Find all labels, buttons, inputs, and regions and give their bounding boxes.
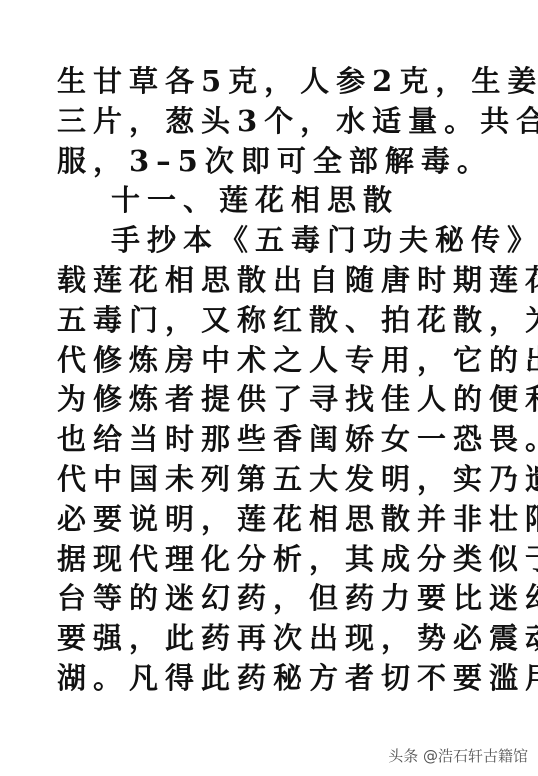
text-line: 三片，葱头3个，水适量。共合煎	[57, 102, 467, 142]
text-line: 必要说明，莲花相思散并非壮阳药。	[57, 500, 467, 540]
document-page: 生甘草各5克，人参2克，生姜片 三片，葱头3个，水适量。共合煎 服，3–5次即可…	[57, 62, 467, 699]
watermark: 头条 @浩石轩古籍馆	[388, 745, 528, 766]
text-line: 为修炼者提供了寻找佳人的便利，	[57, 380, 467, 420]
text-line: 五毒门，又称红散、拍花散，为古	[57, 301, 467, 341]
text-line: 载莲花相思散出自随唐时期莲花派	[57, 261, 467, 301]
text-line: 生甘草各5克，人参2克，生姜片	[57, 62, 467, 102]
text-line: 要强，此药再次出现，势必震动江	[57, 619, 467, 659]
section-heading: 十一、莲花相思散	[57, 181, 467, 221]
text-line: 湖。凡得此药秘方者切不要滥用，	[57, 659, 467, 699]
text-line: 据现代理化分析，其成分类似于港	[57, 540, 467, 580]
text-line: 代中国未列第五大发明，实乃遗憾。	[57, 460, 467, 500]
text-line: 台等的迷幻药，但药力要比迷幻药	[57, 579, 467, 619]
text-line: 也给当时那些香闺娇女一恐畏。古	[57, 420, 467, 460]
text-line: 服，3–5次即可全部解毒。	[57, 142, 467, 182]
text-line: 代修炼房中术之人专用，它的出现	[57, 341, 467, 381]
paragraph-first-line: 手抄本《五毒门功夫秘传》记	[57, 221, 467, 261]
